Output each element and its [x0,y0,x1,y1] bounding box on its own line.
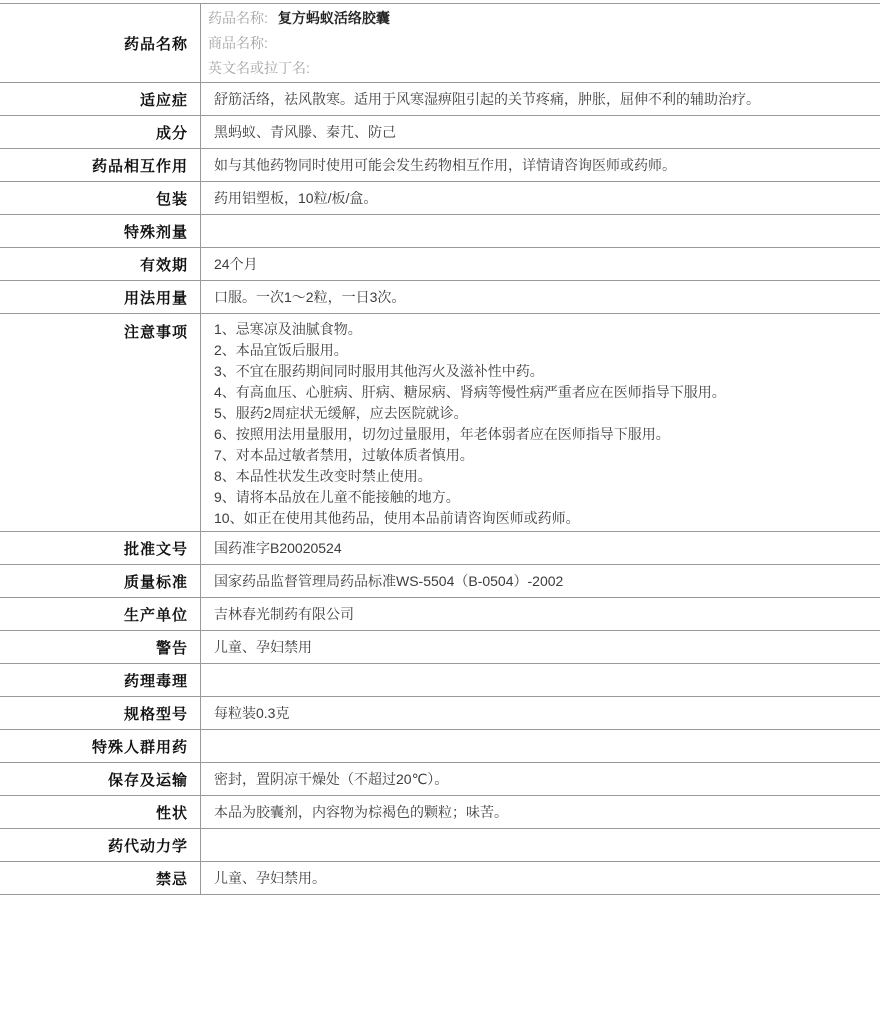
field-value: 复方蚂蚁活络胶囊 [278,10,390,26]
row-content: 舒筋活络，祛风散寒。适用于风寒湿痹阻引起的关节疼痛，肿胀，屈伸不利的辅助治疗。 [201,83,880,115]
row-label: 特殊剂量 [0,215,201,247]
table-row: 性状 本品为胶囊剂，内容物为棕褐色的颗粒；味苦。 [0,796,880,829]
table-row: 包装 药用铝塑板，10粒/板/盒。 [0,182,880,215]
table-row: 成分 黑蚂蚁、青风滕、秦芁、防己 [0,116,880,149]
row-label: 禁忌 [0,862,201,894]
row-label: 生产单位 [0,598,201,630]
row-content [201,730,880,762]
table-row: 特殊剂量 [0,215,880,248]
row-label: 保存及运输 [0,763,201,795]
row-content: 每粒装0.3克 [201,697,880,729]
row-content: 吉林春光制药有限公司 [201,598,880,630]
row-content: 国药准字B20020524 [201,532,880,564]
table-row-drug-name: 药品名称 药品名称:复方蚂蚁活络胶囊 商品名称: 英文名或拉丁名: [0,4,880,83]
table-row: 保存及运输 密封，置阴凉干燥处（不超过20℃）。 [0,763,880,796]
row-content: 本品为胶囊剂，内容物为棕褐色的颗粒；味苦。 [201,796,880,828]
table-row: 质量标准 国家药品监督管理局药品标准WS-5504（B-0504）-2002 [0,565,880,598]
row-label: 用法用量 [0,281,201,313]
note-line: 7、对本品过敏者禁用，过敏体质者慎用。 [214,445,474,466]
note-line: 6、按照用法用量服用，切勿过量服用，年老体弱者应在医师指导下服用。 [214,424,670,445]
drug-name-line: 英文名或拉丁名: [208,56,320,81]
row-content [201,664,880,696]
row-label: 药代动力学 [0,829,201,861]
note-line: 4、有高血压、心脏病、肝病、糖尿病、肾病等慢性病严重者应在医师指导下服用。 [214,382,726,403]
note-line: 8、本品性状发生改变时禁止使用。 [214,466,432,487]
row-label: 批准文号 [0,532,201,564]
row-label: 成分 [0,116,201,148]
drug-name-line: 药品名称:复方蚂蚁活络胶囊 [208,6,390,31]
row-label: 适应症 [0,83,201,115]
table-row: 有效期 24个月 [0,248,880,281]
table-row: 注意事项 1、忌寒凉及油腻食物。 2、本品宜饭后服用。 3、不宜在服药期间同时服… [0,314,880,532]
note-line: 3、不宜在服药期间同时服用其他泻火及滋补性中药。 [214,361,544,382]
drug-name-line: 商品名称: [208,31,278,56]
row-content: 儿童、孕妇禁用 [201,631,880,663]
row-content: 药用铝塑板，10粒/板/盒。 [201,182,880,214]
row-content: 密封，置阴凉干燥处（不超过20℃）。 [201,763,880,795]
note-line: 5、服药2周症状无缓解，应去医院就诊。 [214,403,468,424]
row-content: 如与其他药物同时使用可能会发生药物相互作用，详情请咨询医师或药师。 [201,149,880,181]
table-row: 警告 儿童、孕妇禁用 [0,631,880,664]
row-label: 性状 [0,796,201,828]
row-content: 国家药品监督管理局药品标准WS-5504（B-0504）-2002 [201,565,880,597]
note-line: 9、请将本品放在儿童不能接触的地方。 [214,487,460,508]
drug-info-table: 药品名称 药品名称:复方蚂蚁活络胶囊 商品名称: 英文名或拉丁名: 适应症 舒筋… [0,3,880,895]
table-row: 特殊人群用药 [0,730,880,763]
row-content: 1、忌寒凉及油腻食物。 2、本品宜饭后服用。 3、不宜在服药期间同时服用其他泻火… [201,314,880,531]
table-row: 适应症 舒筋活络，祛风散寒。适用于风寒湿痹阻引起的关节疼痛，肿胀，屈伸不利的辅助… [0,83,880,116]
row-label: 警告 [0,631,201,663]
row-label: 注意事项 [0,314,201,531]
row-label: 药品名称 [0,4,201,82]
row-content: 口服。一次1～2粒，一日3次。 [201,281,880,313]
row-label: 规格型号 [0,697,201,729]
table-row: 用法用量 口服。一次1～2粒，一日3次。 [0,281,880,314]
table-row: 药代动力学 [0,829,880,862]
table-row: 禁忌 儿童、孕妇禁用。 [0,862,880,895]
row-label: 特殊人群用药 [0,730,201,762]
row-content: 药品名称:复方蚂蚁活络胶囊 商品名称: 英文名或拉丁名: [201,4,880,82]
row-label: 有效期 [0,248,201,280]
row-content: 24个月 [201,248,880,280]
row-label: 药品相互作用 [0,149,201,181]
table-row: 生产单位 吉林春光制药有限公司 [0,598,880,631]
note-line: 1、忌寒凉及油腻食物。 [214,319,362,340]
note-line: 10、如正在使用其他药品，使用本品前请咨询医师或药师。 [214,508,580,529]
table-row: 批准文号 国药准字B20020524 [0,532,880,565]
row-label: 质量标准 [0,565,201,597]
note-line: 2、本品宜饭后服用。 [214,340,348,361]
table-row: 药理毒理 [0,664,880,697]
field-key: 英文名或拉丁名: [208,60,310,76]
table-row: 规格型号 每粒装0.3克 [0,697,880,730]
table-row: 药品相互作用 如与其他药物同时使用可能会发生药物相互作用，详情请咨询医师或药师。 [0,149,880,182]
row-content [201,215,880,247]
row-label: 药理毒理 [0,664,201,696]
row-content: 儿童、孕妇禁用。 [201,862,880,894]
field-key: 药品名称: [208,10,268,26]
row-content [201,829,880,861]
row-content: 黑蚂蚁、青风滕、秦芁、防己 [201,116,880,148]
field-key: 商品名称: [208,35,268,51]
row-label: 包装 [0,182,201,214]
